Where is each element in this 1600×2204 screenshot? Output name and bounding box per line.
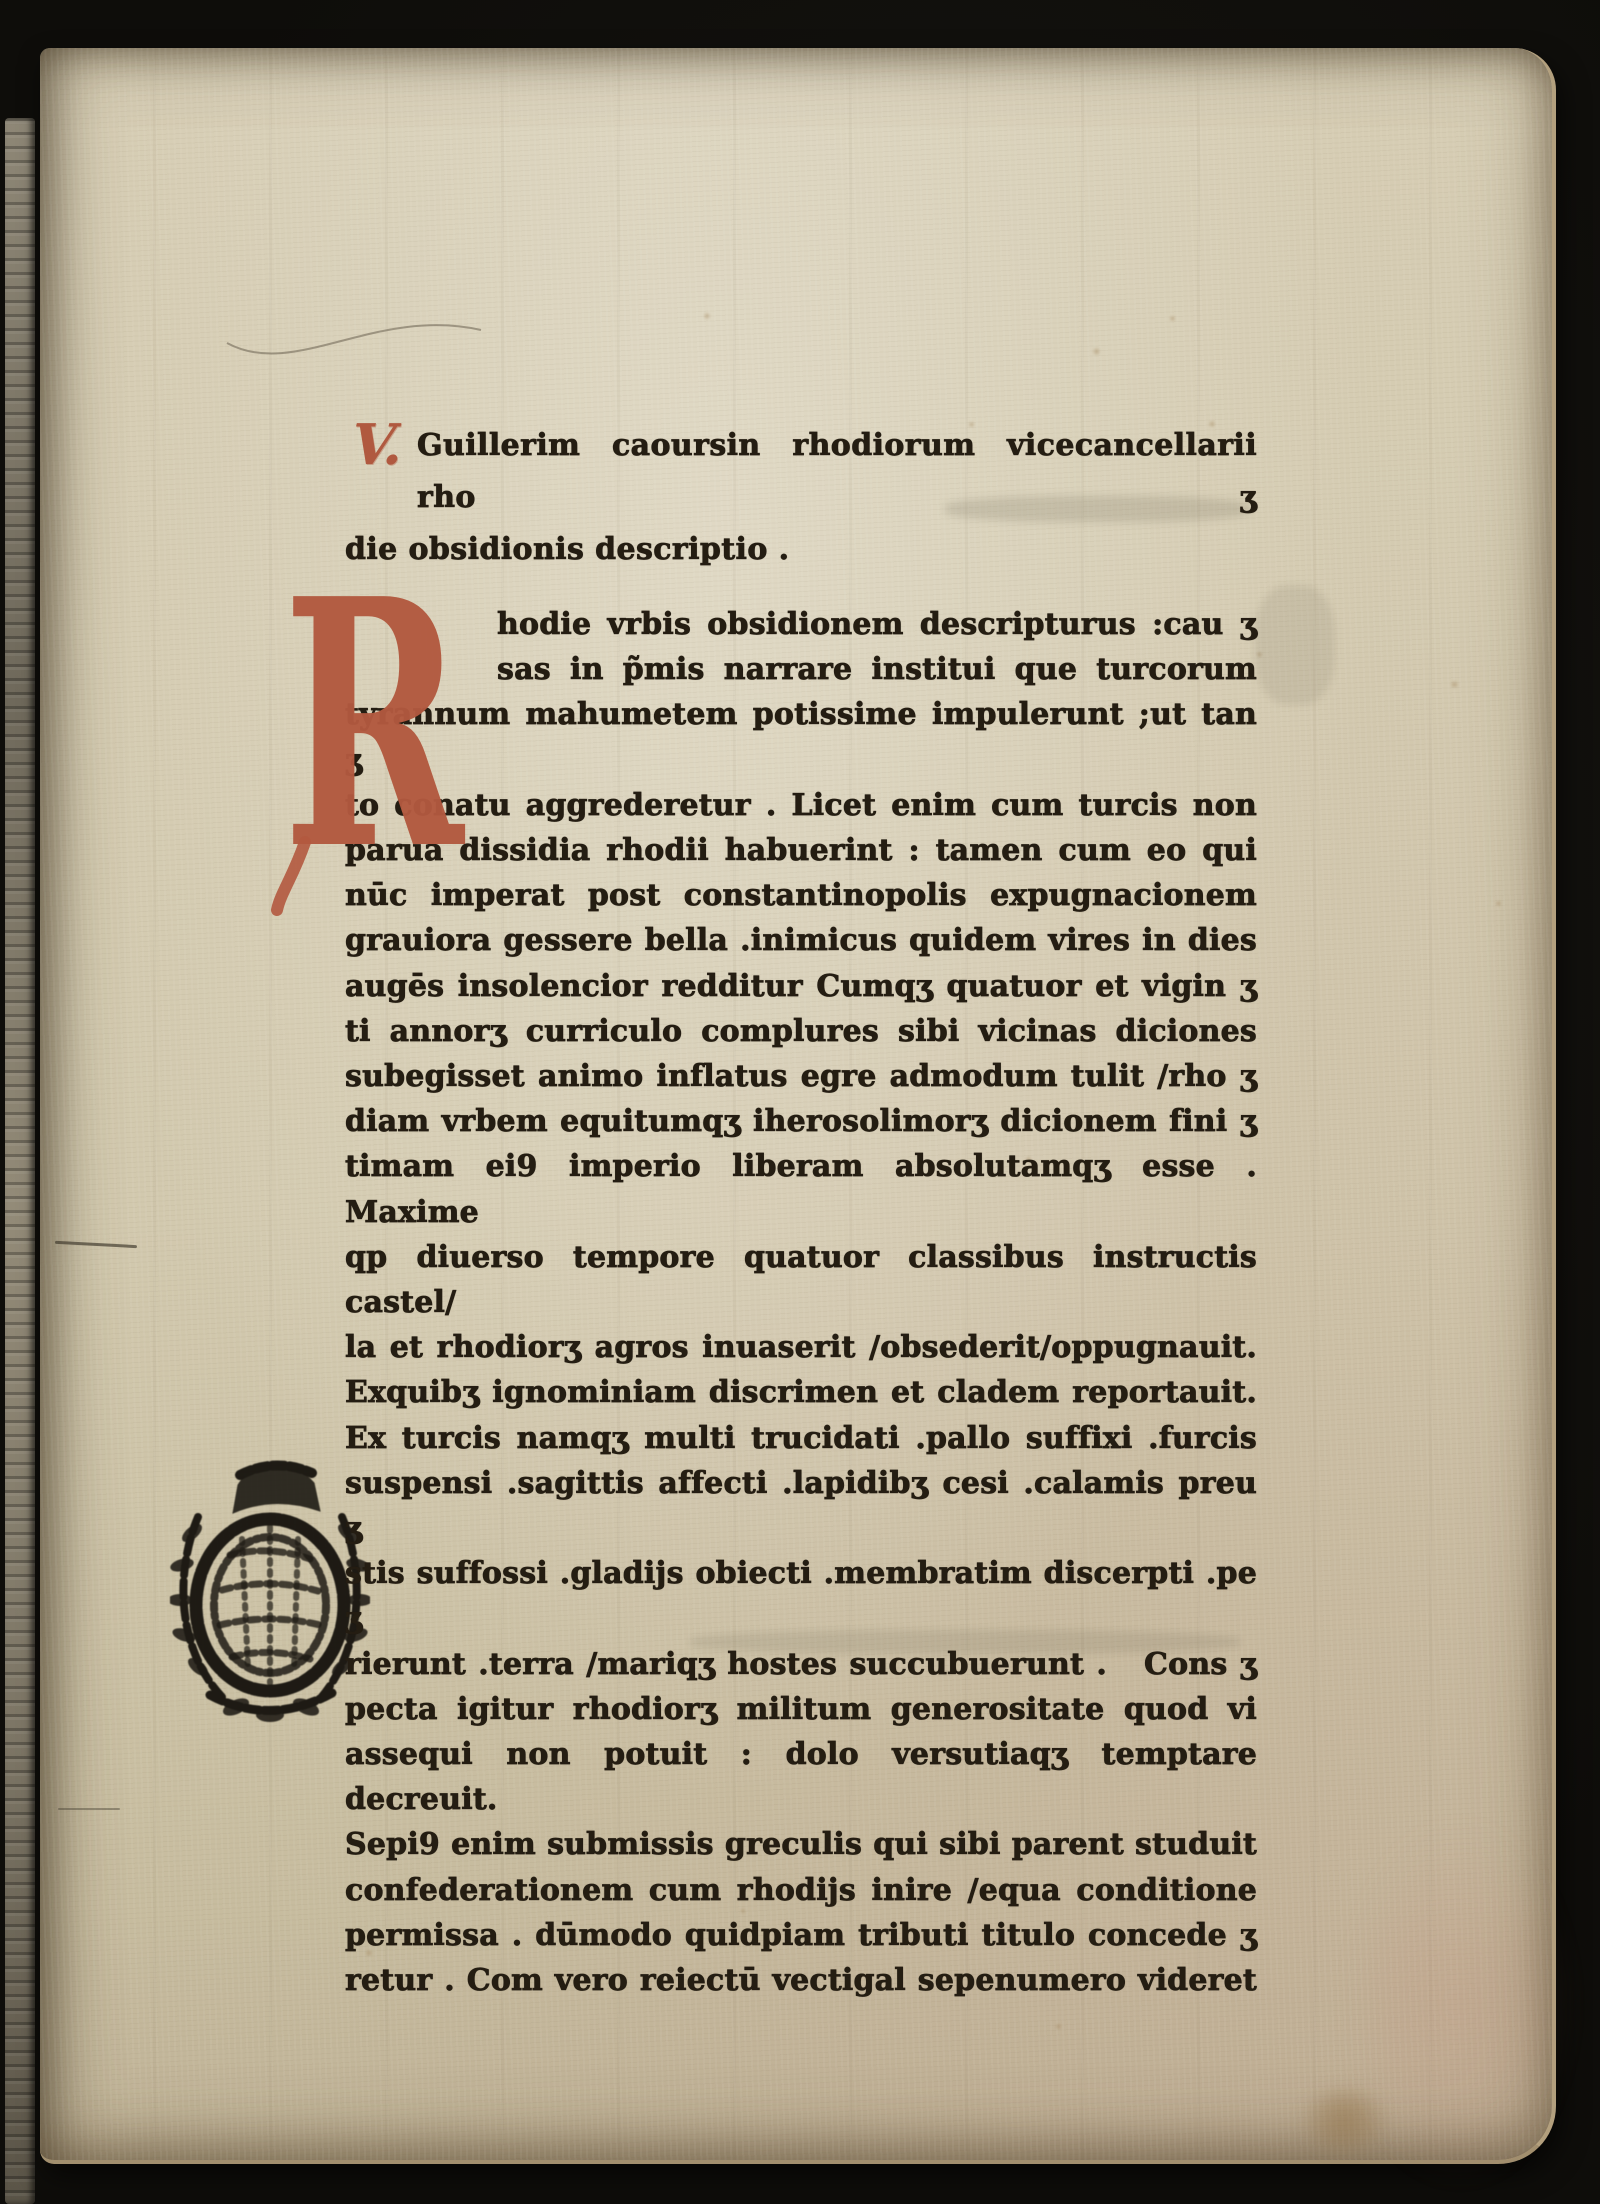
text-line: Exquibʒ ignominiam discrimen et cladem r… xyxy=(345,1370,1257,1415)
rubricated-paragraph-mark: V. xyxy=(332,420,430,524)
text-line: stis suffossi .gladijs obiecti .membrati… xyxy=(345,1551,1257,1641)
text-line: pecta igitur rhodiorʒ militum generosita… xyxy=(345,1687,1257,1732)
paper-fiber-hair xyxy=(225,288,485,388)
scan-background: { "heading": { "rubric_mark": "V.", "lin… xyxy=(0,0,1600,2204)
foxing-spot xyxy=(1092,347,1101,356)
text-line: diam vrbem equitumqʒ iherosolimorʒ dicio… xyxy=(345,1099,1257,1144)
text-line: grauiora gessere bella .inimicus quidem … xyxy=(345,918,1257,963)
text-line: qp diuerso tempore quatuor classibus ins… xyxy=(345,1235,1257,1325)
rubricated-initial-R: R xyxy=(275,592,485,922)
text-line: permissa . dūmodo quidpiam tributi titul… xyxy=(345,1913,1257,1958)
text-line: Sepi9 enim submissis greculis qui sibi p… xyxy=(345,1822,1257,1867)
discoloration-patch xyxy=(1370,1838,1550,2168)
text-line: la et rhodiorʒ agros inuaserit /obsederi… xyxy=(345,1325,1257,1370)
book-leaves-edge xyxy=(5,118,35,2204)
title-line: die obsidionis descriptio . xyxy=(345,524,1257,576)
foxing-spot xyxy=(1495,900,1502,907)
text-line: suspensi .sagittis affecti .lapidibʒ ces… xyxy=(345,1461,1257,1551)
foxing-spot xyxy=(703,312,711,320)
printed-text-block: V. Guillerim caoursin rhodiorum vicecanc… xyxy=(345,420,1257,2003)
main-paragraph: R hodie vrbis obsidionem descripturus :c… xyxy=(345,602,1257,2003)
text-line: retur . Com vero reiectū vectigal sepenu… xyxy=(345,1958,1257,2003)
page-leaf: V. Guillerim caoursin rhodiorum vicecanc… xyxy=(40,48,1556,2164)
text-line: augēs insolencior redditur Cumqʒ quatuor… xyxy=(345,964,1257,1009)
foxing-spot xyxy=(1450,680,1459,689)
paper-fiber-hair xyxy=(55,1241,137,1248)
text-line: timam ei9 imperio liberam absolutamqʒ es… xyxy=(345,1144,1257,1234)
crowned-coat-of-arms-library-stamp-icon xyxy=(170,1455,370,1725)
text-line: subegisset animo inflatus egre admodum t… xyxy=(345,1054,1257,1099)
drop-cap-letter: R xyxy=(283,526,467,925)
title-text: Guillerim caoursin rhodiorum vicecancell… xyxy=(417,420,1257,524)
paper-fiber-hair xyxy=(58,1808,120,1810)
text-line: Ex turcis namqʒ multi trucidati .pallo s… xyxy=(345,1416,1257,1461)
ink-stain xyxy=(1305,2090,1385,2150)
text-line: rierunt .terra /mariqʒ hostes succubueru… xyxy=(345,1642,1257,1687)
title-line: V. Guillerim caoursin rhodiorum vicecanc… xyxy=(345,420,1257,524)
text-line: assequi non potuit : dolo versutiaqʒ tem… xyxy=(345,1732,1257,1822)
foxing-spot xyxy=(1169,315,1176,322)
ink-offset-smudge xyxy=(1255,585,1335,705)
foxing-spot xyxy=(1055,2023,1062,2030)
text-line: ti annorʒ curriculo complures sibi vicin… xyxy=(345,1009,1257,1054)
text-line: confederationem cum rhodijs inire /equa … xyxy=(345,1868,1257,1913)
